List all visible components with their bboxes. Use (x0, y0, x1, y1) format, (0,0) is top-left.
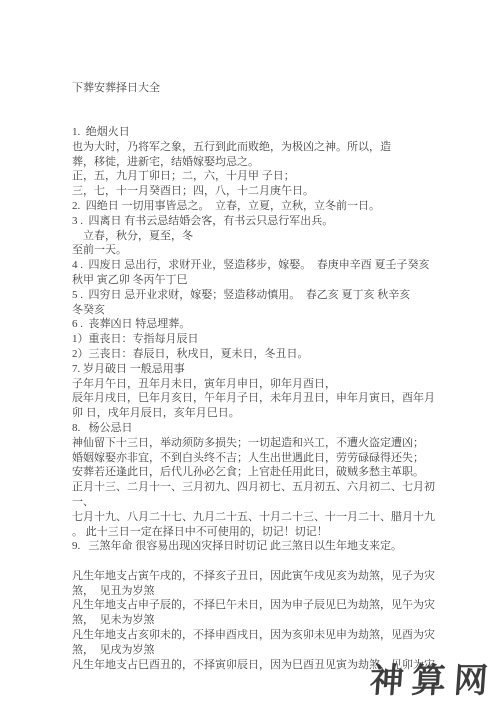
text-line: 辰年月戌日，巳年月亥日，午年月子日，未年月丑日，申年月寅日，酉年月 (72, 391, 472, 406)
text-line: 子年月午日，丑年月未日，寅年月申日，卯年月酉日， (72, 377, 472, 392)
text-line: 煞， 见丑为岁煞 (72, 584, 472, 599)
text-line: 三，七，十一月癸酉日；四，八，十二月庚午日。 (72, 184, 472, 199)
text-line: 1）重丧日：专指每月辰日 (72, 332, 472, 347)
text-line: 7. 岁月破日 一般忌用事 (72, 362, 472, 377)
text-line: 2）三丧日：春辰日，秋戌日，夏未日，冬丑日。 (72, 347, 472, 362)
text-line: 婚姻嫁娶亦非宜，不到白头终不吉；人生出世遇此日，劳劳碌碌得还失； (72, 451, 472, 466)
text-line: 卯 日，戌年月辰日，亥年月巳日。 (72, 406, 472, 421)
text-line: 煞， 见未为岁煞 (72, 613, 472, 628)
text-line: 安葬若还逢此日，后代儿孙必乞食；上官赴任用此日，破贼多愁主革职。 (72, 465, 472, 480)
text-line: 2. 四绝日 一切用事皆忌之。 立春，立夏，立秋，立冬前一日。 (72, 199, 472, 214)
text-line: 凡生年地支占亥卯未的，不择申酉戌日，因为亥卯未见申为劫煞，见酉为灾 (72, 628, 472, 643)
text-line: 4 . 四废日 忌出行，求财开业，竖造移步，嫁娶。 春庚申辛酉 夏壬子癸亥 (72, 258, 472, 273)
text-line: 神仙留下十三日，举动须防多损失；一切起造和兴工，不遭火盗定遭凶； (72, 436, 472, 451)
page-title: 下葬安葬择日大全 (72, 81, 472, 96)
text-line: 一、 (72, 495, 472, 510)
text-line: 立春，秋分，夏至，冬 (72, 229, 472, 244)
text-line: 冬癸亥 (72, 303, 472, 318)
document-body: 1. 绝烟火日也为大时，乃将军之象，五行到此而败绝，为极凶之神。所以，造葬，移徙… (72, 125, 472, 672)
text-line: 秋甲 寅乙卯 冬丙午丁巳 (72, 273, 472, 288)
text-line: 3 . 四离日 有书云忌结婚会客，有书云只忌行军出兵。 (72, 214, 472, 229)
text-line: 正月十三、二月十一、三月初九、四月初七、五月初五、六月初二、七月初 (72, 480, 472, 495)
text-line: 凡生年地支占寅午戌的，不择亥子丑日，因此寅午戌见亥为劫煞，见子为灾 (72, 569, 472, 584)
text-line: 至前一天。 (72, 243, 472, 258)
document-page: 下葬安葬择日大全 1. 绝烟火日也为大时，乃将军之象，五行到此而败绝，为极凶之神… (0, 0, 500, 708)
text-line: 。 此十三日一定在择日中不可使用的，切记！切记！ (72, 525, 472, 540)
text-line: 6 . 丧葬凶日 特忌埋葬。 (72, 317, 472, 332)
text-line: 凡生年地支占申子辰的，不择巳午未日，因为申子辰见巳为劫煞，见午为灾 (72, 598, 472, 613)
text-line: 8. 杨公忌日 (72, 421, 472, 436)
text-line: 5 . 四穷日 忌开业求财，嫁娶；竖造移动慎用。 春乙亥 夏丁亥 秋辛亥 (72, 288, 472, 303)
shensuanwang-logo: 神算网 (368, 653, 497, 702)
text-line: 七月十九、八月二十七、九月二十五、十月二十三、十一月二十、腊月十九 (72, 510, 472, 525)
text-line: 1. 绝烟火日 (72, 125, 472, 140)
text-line: 葬，移徙，进新宅，结婚嫁娶均忌之。 (72, 155, 472, 170)
text-line: 也为大时，乃将军之象，五行到此而败绝，为极凶之神。所以，造 (72, 140, 472, 155)
blank-line (72, 554, 472, 569)
text-line: 正，五，九月丁卯日；二，六，十月甲 子日； (72, 169, 472, 184)
document-text: 下葬安葬择日大全 1. 绝烟火日也为大时，乃将军之象，五行到此而败绝，为极凶之神… (72, 51, 472, 702)
text-line: 9. 三煞年命 很容易出现凶灾择日时切记 此三煞日以生年地支来定。 (72, 539, 472, 554)
